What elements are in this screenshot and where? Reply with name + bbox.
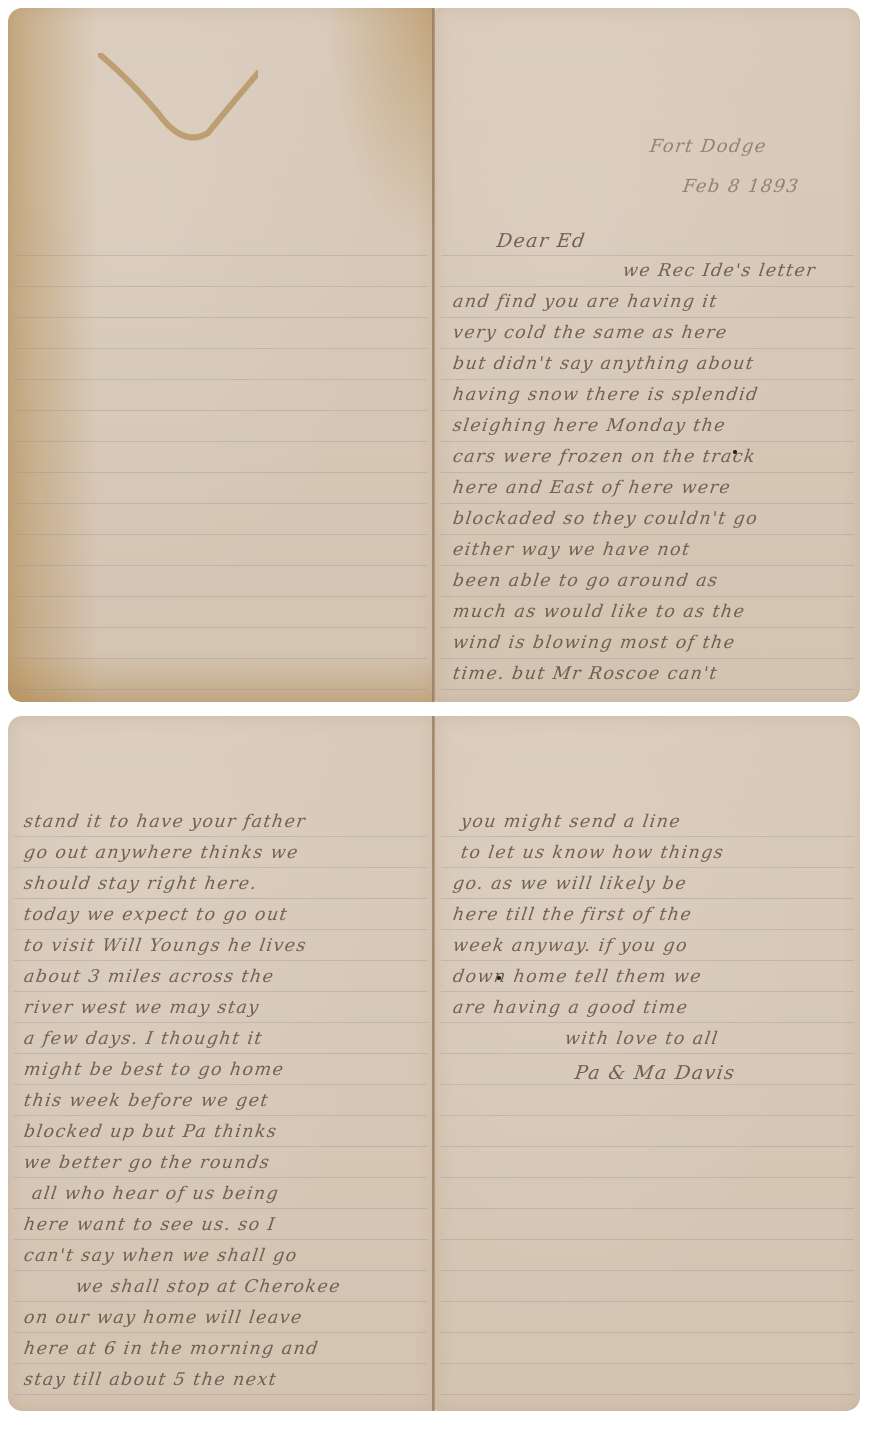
- ruled-line: [441, 1084, 854, 1085]
- ruled-line: [441, 1177, 854, 1178]
- letter-line: about 3 miles across the: [23, 967, 276, 987]
- letter-line: here want to see us. so I: [23, 1215, 278, 1235]
- ruled-line: [14, 1115, 427, 1116]
- letter-line: to visit Will Youngs he lives: [23, 936, 309, 956]
- letter-line: we Rec Ide's letter: [622, 261, 818, 281]
- page-top-left-blank: [8, 8, 433, 702]
- ruled-line: [14, 991, 427, 992]
- ruled-line: [441, 627, 854, 628]
- ruled-line: [441, 1053, 854, 1054]
- water-stain: [8, 652, 433, 702]
- ruled-line: [441, 1332, 854, 1333]
- letter-line: might be best to go home: [23, 1060, 286, 1080]
- ruled-line: [441, 317, 854, 318]
- letter-line: stand it to have your father: [23, 812, 308, 832]
- letter-closing: with love to all: [564, 1029, 720, 1049]
- ruled-line: [14, 1053, 427, 1054]
- letter-line: all who hear of us being: [31, 1184, 281, 1204]
- ruled-line: [441, 534, 854, 535]
- ruled-line: [14, 286, 427, 287]
- ruled-line: [441, 410, 854, 411]
- ruled-line: [14, 255, 427, 256]
- ruled-line: [441, 441, 854, 442]
- letter-signature: Pa & Ma Davis: [573, 1062, 736, 1084]
- ruled-line: [14, 379, 427, 380]
- letter-line: can't say when we shall go: [23, 1246, 300, 1266]
- letter-line: today we expect to go out: [23, 905, 290, 925]
- ruled-line: [441, 960, 854, 961]
- letter-line: a few days. I thought it: [23, 1029, 265, 1049]
- letter-line: but didn't say anything about: [452, 354, 756, 374]
- ruled-line: [441, 255, 854, 256]
- letter-line: time. but Mr Roscoe can't: [452, 664, 720, 684]
- ruled-line: [441, 836, 854, 837]
- ruled-line: [14, 1022, 427, 1023]
- ruled-line: [14, 503, 427, 504]
- ruled-line: [14, 410, 427, 411]
- letter-line: sleighing here Monday the: [452, 416, 728, 436]
- ink-spot: [497, 976, 501, 980]
- letter-place: Fort Dodge: [649, 136, 769, 157]
- ruled-line: [14, 565, 427, 566]
- letter-line: wind is blowing most of the: [452, 633, 737, 653]
- ruled-line: [441, 1022, 854, 1023]
- ruled-line: [14, 836, 427, 837]
- ruled-line: [14, 867, 427, 868]
- ruled-line: [14, 1084, 427, 1085]
- ruled-line: [14, 1177, 427, 1178]
- letter-line: down home tell them we: [452, 967, 704, 987]
- ruled-line: [441, 867, 854, 868]
- ruled-line: [14, 348, 427, 349]
- ruled-line: [441, 1208, 854, 1209]
- water-stain: [323, 8, 433, 248]
- ruled-line: [441, 1363, 854, 1364]
- page-bottom-left: stand it to have your father go out anyw…: [8, 716, 433, 1411]
- water-stain: [8, 8, 98, 702]
- letter-line: you might send a line: [460, 812, 683, 832]
- ruled-line: [441, 929, 854, 930]
- water-stain-v: [98, 53, 258, 163]
- letter-line: are having a good time: [452, 998, 690, 1018]
- letter-line: blocked up but Pa thinks: [23, 1122, 279, 1142]
- top-spread: Fort Dodge Feb 8 1893 Dear Ed we Rec Ide…: [8, 8, 860, 702]
- letter-line: much as would like to as the: [452, 602, 747, 622]
- ruled-line: [441, 1301, 854, 1302]
- ruled-line: [14, 596, 427, 597]
- ruled-line: [441, 689, 854, 690]
- ruled-line: [441, 1394, 854, 1395]
- salutation: Dear Ed: [495, 230, 587, 252]
- letter-date: Feb 8 1893: [682, 176, 801, 197]
- ruled-line: [14, 441, 427, 442]
- letter-line: very cold the same as here: [452, 323, 729, 343]
- letter-line: blockaded so they couldn't go: [452, 509, 760, 529]
- ruled-line: [14, 1332, 427, 1333]
- ruled-line: [441, 348, 854, 349]
- letter-line: been able to go around as: [452, 571, 720, 591]
- ruled-line: [441, 898, 854, 899]
- ink-spot: [733, 450, 737, 454]
- letter-line: we better go the rounds: [23, 1153, 272, 1173]
- ruled-line: [14, 1208, 427, 1209]
- letter-line: go. as we will likely be: [452, 874, 689, 894]
- ruled-line: [441, 1146, 854, 1147]
- bottom-spread: stand it to have your father go out anyw…: [8, 716, 860, 1411]
- letter-line: go out anywhere thinks we: [23, 843, 301, 863]
- ruled-line: [441, 1239, 854, 1240]
- letter-line: stay till about 5 the next: [23, 1370, 279, 1390]
- ruled-line: [441, 565, 854, 566]
- ruled-line: [14, 534, 427, 535]
- letter-line: on our way home will leave: [23, 1308, 304, 1328]
- page-top-right: Fort Dodge Feb 8 1893 Dear Ed we Rec Ide…: [435, 8, 860, 702]
- ruled-line: [441, 596, 854, 597]
- letter-line: should stay right here.: [23, 874, 259, 894]
- ruled-line: [14, 898, 427, 899]
- ruled-line: [14, 1394, 427, 1395]
- ruled-line: [14, 929, 427, 930]
- letter-line: this week before we get: [23, 1091, 271, 1111]
- ruled-line: [14, 472, 427, 473]
- ruled-line: [14, 1301, 427, 1302]
- ruled-line: [441, 286, 854, 287]
- ruled-line: [441, 379, 854, 380]
- letter-line: we shall stop at Cherokee: [75, 1277, 343, 1297]
- ruled-line: [441, 658, 854, 659]
- ruled-line: [14, 627, 427, 628]
- letter-line: to let us know how things: [460, 843, 726, 863]
- center-fold: [432, 716, 435, 1411]
- ruled-line: [14, 1363, 427, 1364]
- ruled-line: [441, 472, 854, 473]
- ruled-line: [14, 317, 427, 318]
- letter-line: river west we may stay: [23, 998, 261, 1018]
- letter-line: here till the first of the: [452, 905, 694, 925]
- ruled-line: [14, 1239, 427, 1240]
- ruled-line: [14, 1270, 427, 1271]
- letter-line: cars were frozen on the track: [452, 447, 758, 467]
- center-fold: [432, 8, 435, 702]
- ruled-line: [441, 1115, 854, 1116]
- ruled-line: [441, 1270, 854, 1271]
- letter-line: week anyway. if you go: [452, 936, 690, 956]
- ruled-line: [14, 960, 427, 961]
- page-bottom-right: you might send a line to let us know how…: [435, 716, 860, 1411]
- ruled-line: [14, 1146, 427, 1147]
- letter-line: here at 6 in the morning and: [23, 1339, 321, 1359]
- letter-line: having snow there is splendid: [452, 385, 760, 405]
- ruled-line: [441, 991, 854, 992]
- ruled-line: [14, 689, 427, 690]
- letter-line: either way we have not: [452, 540, 692, 560]
- ruled-line: [441, 503, 854, 504]
- letter-line: here and East of here were: [452, 478, 733, 498]
- ruled-line: [14, 658, 427, 659]
- letter-line: and find you are having it: [452, 292, 720, 312]
